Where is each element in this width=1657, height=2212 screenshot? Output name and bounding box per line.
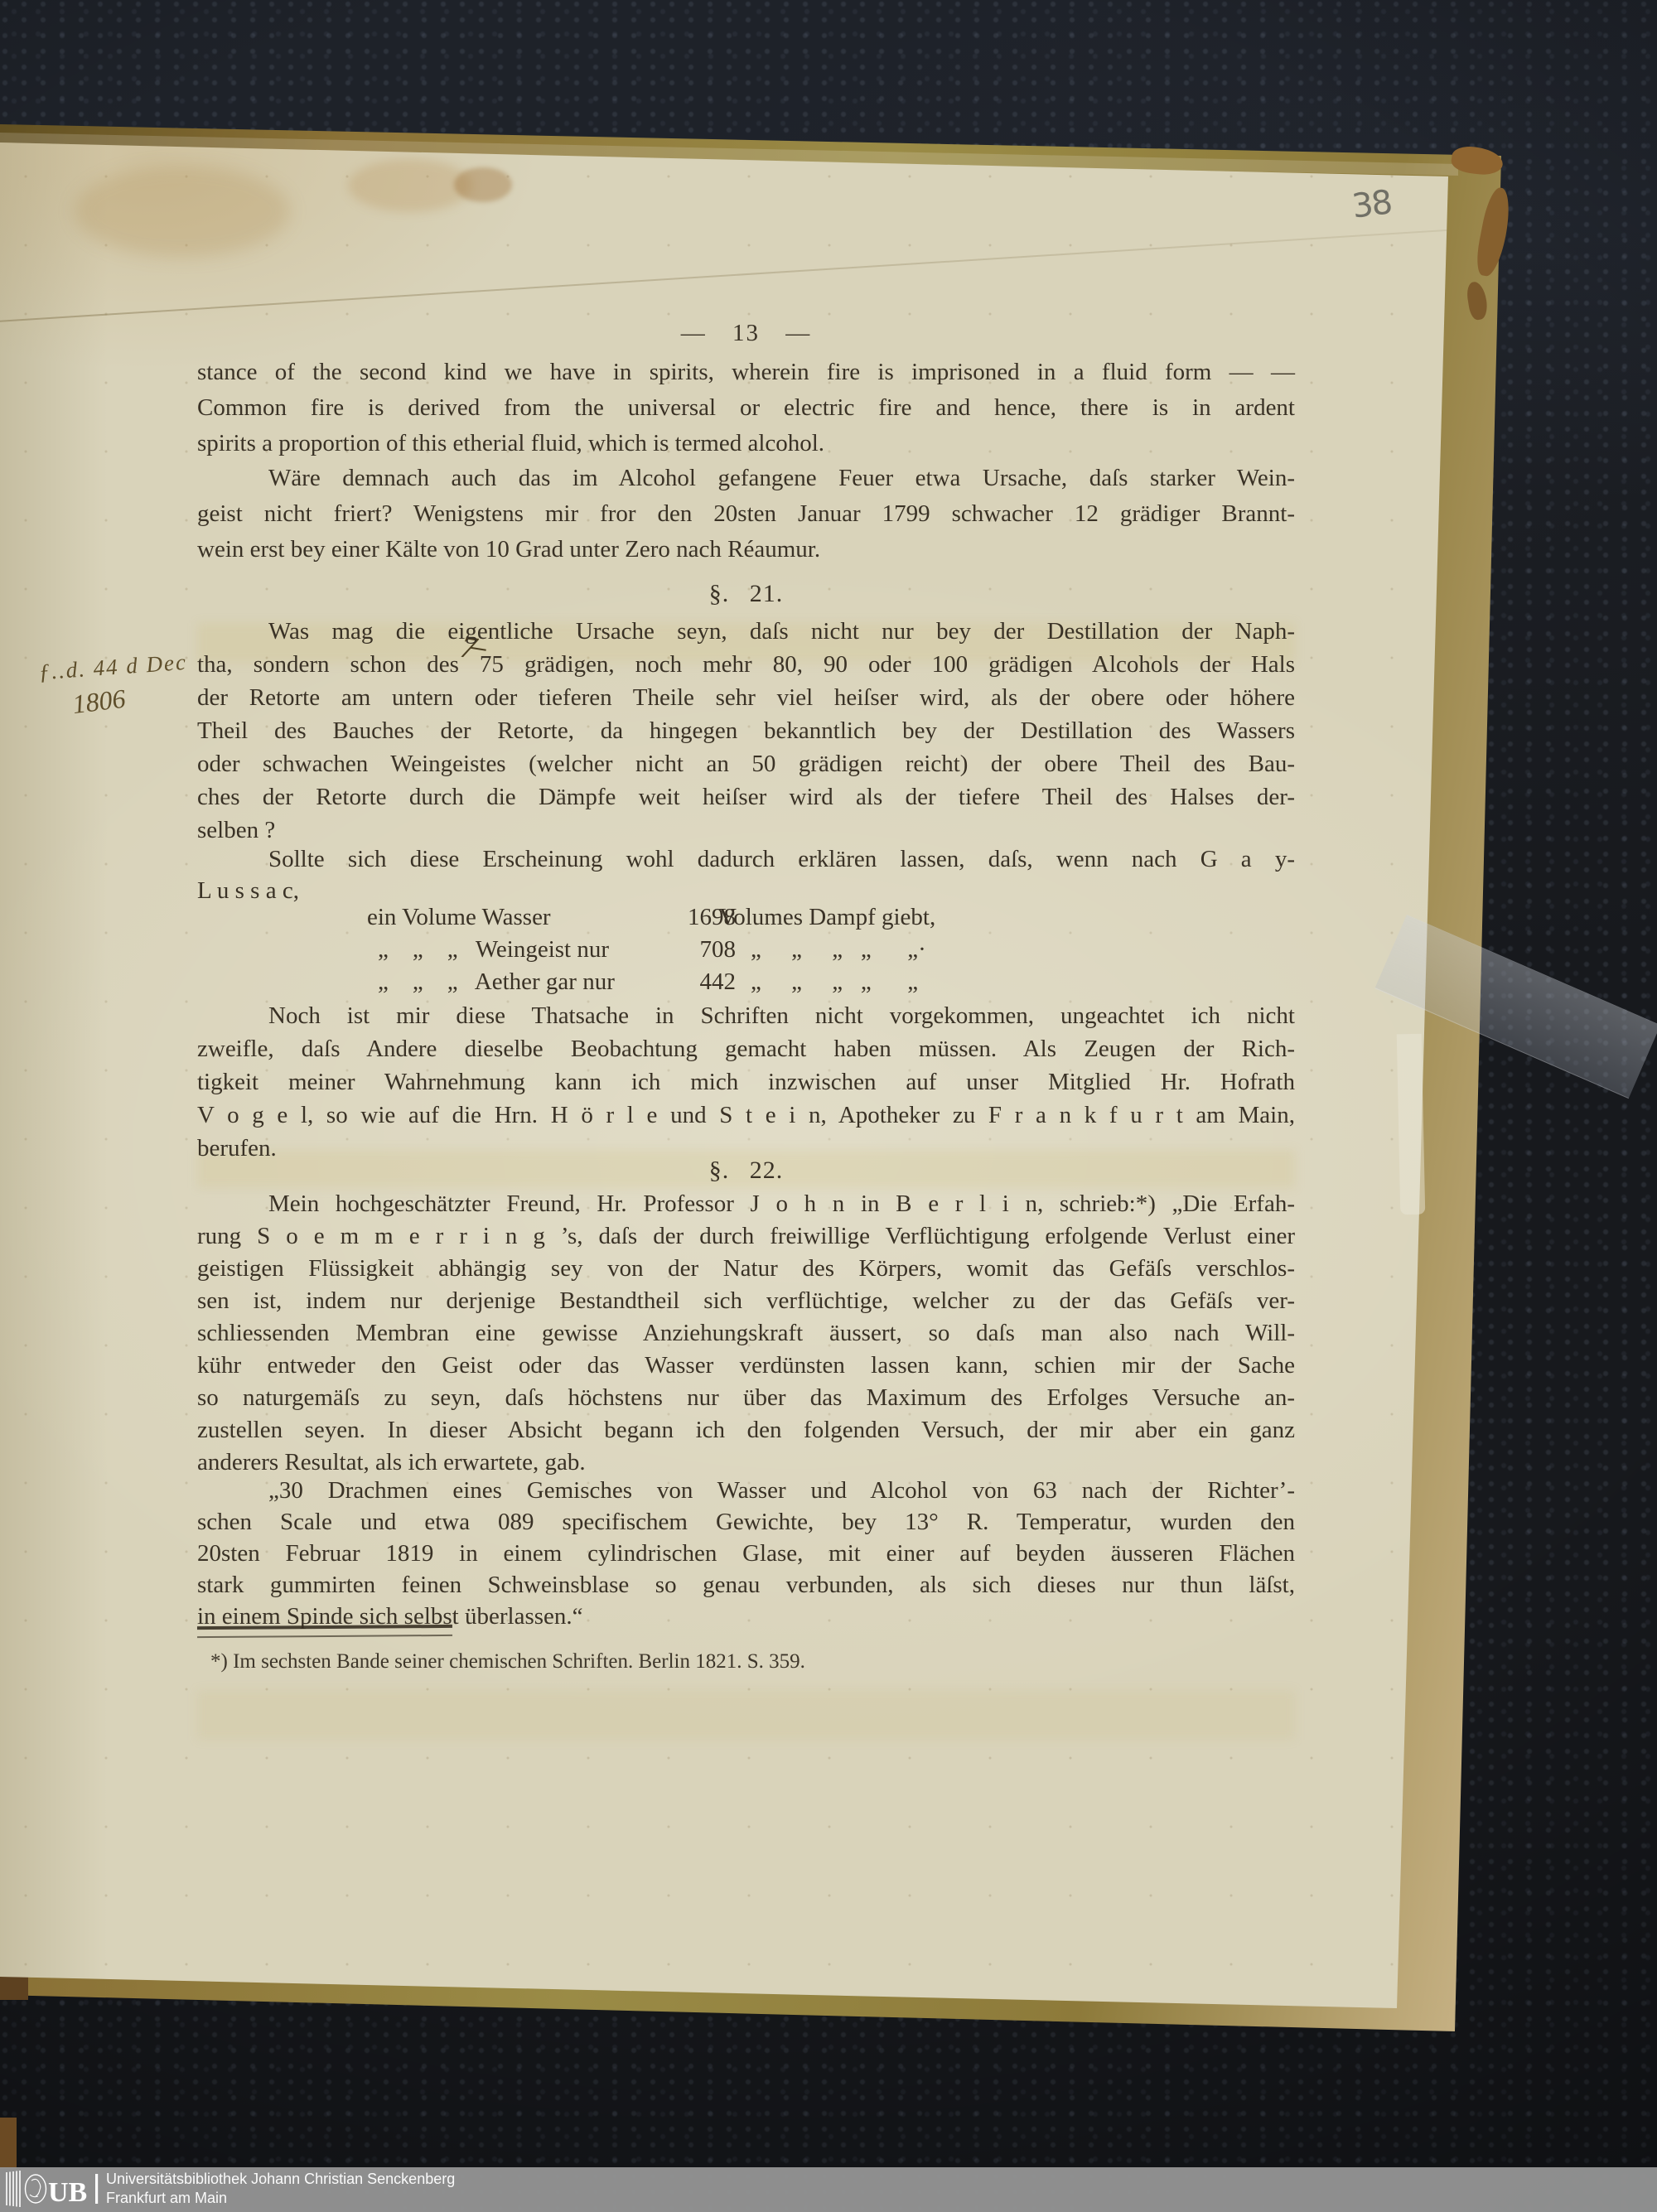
text-line: oder schwachen Weingeistes (welcher nich… [197, 747, 1295, 780]
text-line: Theil des Bauches der Retorte, da hingeg… [197, 714, 1295, 747]
text-line: zustellen seyen. In dieser Absicht began… [197, 1414, 1295, 1446]
table-cell-label: „ „ „ Weingeist nur [378, 934, 609, 966]
table-row: ein Volume Wasser 1698 Volumes Dampf gie… [197, 901, 1295, 934]
paragraph-noch: Noch ist mir diese Thatsache in Schrifte… [197, 999, 1295, 1165]
page-edge-tab [1397, 1034, 1426, 1215]
text-line: Noch ist mir diese Thatsache in Schrifte… [197, 999, 1295, 1032]
table-cell-suffix: Volumes Dampf giebt, [719, 901, 935, 934]
text-line: stance of the second kind we have in spi… [197, 355, 1295, 390]
text-line: ches der Retorte durch die Dämpfe weit h… [197, 780, 1295, 814]
table-cell-value: 442 [645, 966, 736, 998]
watermark-line-2: Frankfurt am Main [106, 2189, 455, 2208]
paper-stain [454, 167, 512, 202]
table-cell-label: „ „ „ Aether gar nur [378, 966, 615, 998]
text-line: geist nicht friert? Wenigstens mir fror … [197, 496, 1295, 532]
text-line: selben ? [197, 814, 1295, 847]
text-line: zweifle, daſs Andere dieselbe Beobachtun… [197, 1032, 1295, 1065]
ub-logo: UB [5, 2170, 103, 2208]
cover-corner-bottom-left [0, 1975, 28, 2000]
text-line: Wäre demnach auch das im Alcohol gefange… [197, 461, 1295, 496]
footnote-rule [197, 1625, 452, 1638]
scanned-book-page: 38 ƒ..d. 44 d Dec 1806 7̶ — 13 — stance … [0, 0, 1657, 2212]
paragraph-section-21: Was mag die eigentliche Ursache seyn, da… [197, 615, 1295, 847]
paragraph-weingeist: Wäre demnach auch das im Alcohol gefange… [197, 461, 1295, 567]
text-line: Was mag die eigentliche Ursache seyn, da… [197, 615, 1295, 648]
table-row: „ „ „ Weingeist nur 708 „ „ „ „ „· [197, 934, 1295, 966]
text-line: schliessenden Membran eine gewisse Anzie… [197, 1317, 1295, 1350]
text-line: stark gummirten feinen Schweinsblase so … [197, 1569, 1295, 1601]
text-line: spirits a proportion of this etherial fl… [197, 426, 1295, 461]
footnote-text: *) Im sechsten Bande seiner chemischen S… [210, 1650, 805, 1673]
section-22-heading: §. 22. [197, 1157, 1295, 1185]
text-line: sen ist, indem nur derjenige Bestandthei… [197, 1285, 1295, 1317]
text-line: Mein hochgeschätzter Freund, Hr. Profess… [197, 1188, 1295, 1220]
paragraph-english-continuation: stance of the second kind we have in spi… [197, 355, 1295, 461]
text-line: Common fire is derived from the universa… [197, 390, 1295, 426]
text-line: schen Scale und etwa 089 specifischem Ge… [197, 1506, 1295, 1538]
text-line: 20sten Februar 1819 in einem cylindrisch… [197, 1538, 1295, 1569]
text-line: tigkeit meiner Wahrnehmung kann ich mich… [197, 1065, 1295, 1099]
volume-table: ein Volume Wasser 1698 Volumes Dampf gie… [197, 901, 1295, 998]
margin-note-year: 1806 [70, 675, 191, 720]
table-cell-suffix: „ „ „ „ „· [751, 934, 926, 966]
text-line: der Retorte am untern oder tieferen Thei… [197, 681, 1295, 714]
text-line: Sollte sich diese Erscheinung wohl dadur… [197, 843, 1295, 875]
page-number: — 13 — [197, 320, 1295, 347]
pencil-folio-number: 38 [1350, 183, 1393, 225]
watermark-line-1: Universitätsbibliothek Johann Christian … [106, 2170, 455, 2189]
paragraph-drachmen: „30 Drachmen eines Gemisches von Wasser … [197, 1475, 1295, 1632]
handwritten-margin-note: ƒ..d. 44 d Dec 1806 [38, 650, 191, 719]
table-cell-value: 708 [645, 934, 736, 966]
portrait-icon [26, 2175, 46, 2203]
text-line: tha, sondern schon des 75 grädigen, noch… [197, 648, 1295, 681]
show-through-band [197, 1690, 1295, 1740]
watermark-text: Universitätsbibliothek Johann Christian … [106, 2170, 455, 2208]
paragraph-section-22: Mein hochgeschätzter Freund, Hr. Profess… [197, 1188, 1295, 1479]
text-line: so naturgemäſs zu seyn, daſs höchstens n… [197, 1382, 1295, 1414]
library-watermark-bar: UB Universitätsbibliothek Johann Christi… [0, 2167, 1657, 2212]
ub-logo-lines [7, 2171, 20, 2207]
section-21-heading: §. 21. [197, 580, 1295, 608]
table-cell-suffix: „ „ „ „ „ [751, 966, 918, 998]
paragraph-gay-lussac: Sollte sich diese Erscheinung wohl dadur… [197, 843, 1295, 906]
cover-edge-bottom-left [0, 2118, 17, 2169]
text-line: wein erst bey einer Kälte von 10 Grad un… [197, 532, 1295, 567]
text-line: geistigen Flüssigkeit abhängig sey von d… [197, 1253, 1295, 1285]
text-line: „30 Drachmen eines Gemisches von Wasser … [197, 1475, 1295, 1506]
ub-logo-text: UB [48, 2177, 87, 2208]
paper-stain [75, 166, 290, 257]
table-cell-label: ein Volume Wasser [367, 901, 551, 934]
text-line: rung S o e m m e r r i n g ’s, daſs der … [197, 1220, 1295, 1253]
text-line: kühr entweder den Geist oder das Wasser … [197, 1350, 1295, 1382]
text-line: V o g e l, so wie auf die Hrn. H ö r l e… [197, 1099, 1295, 1132]
logo-divider-bar [95, 2174, 98, 2204]
table-row: „ „ „ Aether gar nur 442 „ „ „ „ „ [197, 966, 1295, 998]
